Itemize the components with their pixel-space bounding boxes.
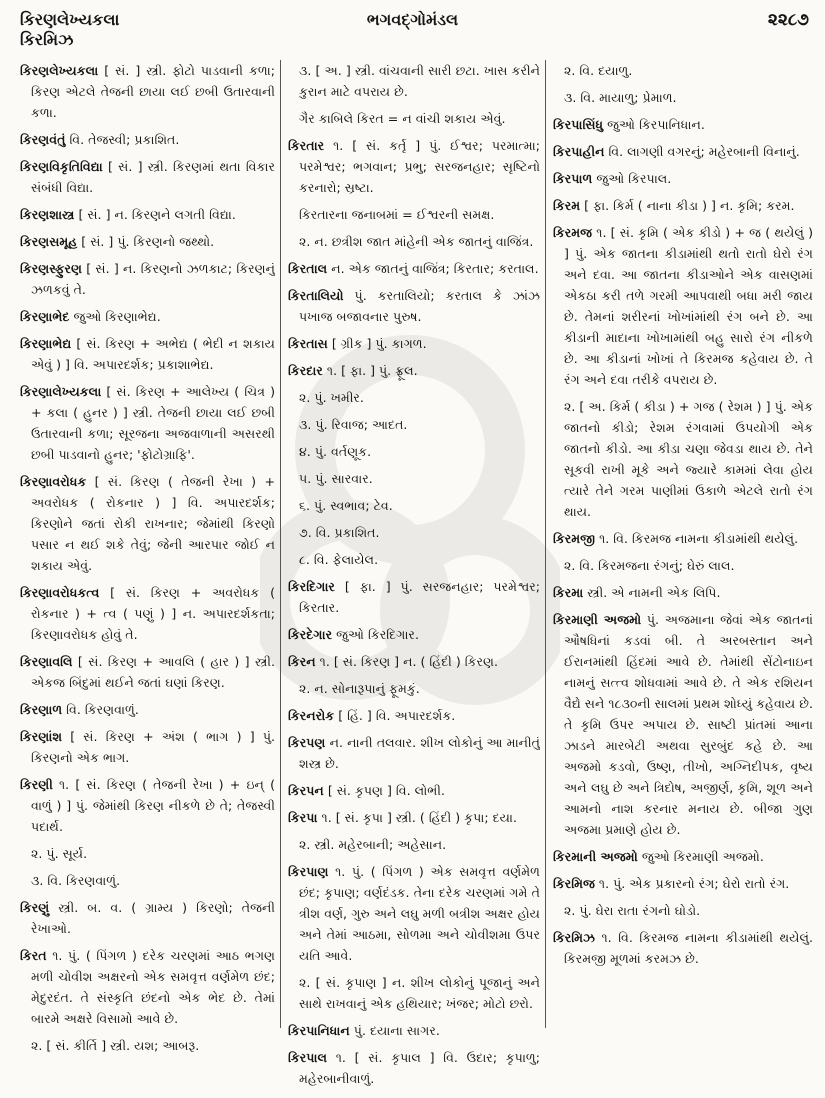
sub-sense: ૮. વિ. ફેલાયેલ. (288, 549, 540, 570)
headword: કિરનરોક (288, 708, 334, 723)
dictionary-entry: કિરપણ ન. નાની તલવાર. શીખ લોકોનું આ માનીત… (288, 732, 540, 774)
headword: કિરપાલ (288, 1050, 327, 1065)
headword: કિરપાનિધાન (288, 1023, 350, 1038)
definition: [ ગ્રીક ] પું. કાગળ. (328, 336, 427, 351)
sub-sense: ૨. ન. સોનારૂપાનું ફૂમકું. (288, 678, 540, 699)
definition: ૧. વિ. કિરમજ નામના કીડામાંથી થયેલું. (595, 531, 798, 546)
dictionary-entry: કિરણાલેખ્યકલા [ સં. કિરણ + આલેખ્ય ( ચિત્… (20, 381, 275, 465)
headword: કિરણાભેદ (20, 309, 69, 324)
definition: ૧. પું. ( પિંગળ ) દરેક ચરણમાં આઠ ભગણ મળી… (31, 948, 275, 1026)
definition: ૧. [ ફા. ] પું. ફ્રૂલ. (323, 363, 418, 378)
definition: ન. નાની તલવાર. શીખ લોકોનું આ માનીતું શસ્… (299, 735, 540, 771)
headword: કિરમજ (553, 225, 592, 240)
headword: કિરમજી (553, 531, 595, 546)
headword: કિરદેગાર (288, 627, 332, 642)
headword: કિરપાણ (288, 864, 329, 879)
dictionary-entry: કિરણાભેદ્ય [ સં. કિરણ + અભેદ્ય ( ભેદી ન … (20, 333, 275, 375)
running-title: ભગવદ્ગોમંડલ (0, 10, 825, 30)
page-number: ૨૨૮૭ (768, 10, 809, 30)
dictionary-entry: કિરણવંતું વિ. તેજસ્વી; પ્રકાશિત. (20, 129, 275, 150)
definition: સ્ત્રી. એ નામની એક લિપિ. (583, 585, 720, 600)
dictionary-entry: કિરનરોક [ હિં. ] વિ. અપારદર્શક. (288, 705, 540, 726)
headword: કિરદાર (288, 363, 323, 378)
sub-sense: કિરતારના જનાબમાં = ઈશ્વરની સમક્ષ. (288, 204, 540, 225)
headword: કિરણાવરોધક (20, 474, 86, 489)
headword: કિરપા (288, 810, 318, 825)
headword: કિરણાભેદ્ય (20, 336, 71, 351)
headword: કિરણી (20, 777, 53, 792)
headword: કિરણશાસ્ત્ર (20, 207, 74, 222)
dictionary-entry: કિરણાળ વિ. કિરણવાળું. (20, 699, 275, 720)
headword: કિરણસ્ફુરણ (20, 261, 82, 276)
dictionary-entry: કિરણાવરોધક [ સં. કિરણ ( તેજની રેખા ) + અ… (20, 471, 275, 576)
headword: કિરપાળ (553, 171, 592, 186)
sub-sense: ૨. સ્ત્રી. મહેરબાની; અહેસાન. (288, 834, 540, 855)
dictionary-entry: કિરપાલ ૧. [ સં. કૃપાલ ] વિ. ઉદાર; કૃપાળુ… (288, 1047, 540, 1089)
dictionary-entry: કિરતાર ૧. [ સં. કર્તૃ ] પું. ઈશ્વર; પરમા… (288, 135, 540, 198)
headword: કિરપણ (288, 735, 325, 750)
dictionary-entry: કિરપા ૧. [ સં. કૃપા ] સ્ત્રી. ( હિંદી ) … (288, 807, 540, 828)
sub-sense: ૨. [ સં. કીર્તિ ] સ્ત્રી. યશ; આબરૂ. (20, 1035, 275, 1056)
headword: કિરણવંતું (20, 132, 65, 147)
headword: કિરણવિકૃતિવિદ્યા (20, 159, 103, 174)
headword: કિરતાસ (288, 336, 328, 351)
headword: કિરતાલ (288, 261, 327, 276)
dictionary-entry: કિરણશાસ્ત્ર [ સં. ] ન. કિરણને લગતી વિદ્ય… (20, 204, 275, 225)
sub-sense: ૪. પું. વર્તણૂક. (288, 441, 540, 462)
sub-sense: ૨. [ અ. કિર્મ ( કીડા ) + ગજ ( રેશમ ) ] પ… (553, 396, 813, 522)
sub-sense: ૨. વિ. કિરમજના રંગનું; ઘેરું લાલ. (553, 555, 813, 576)
definition: જુઓ કિરદિગાર. (332, 627, 419, 642)
headword: કિરણલેખ્યકલા (20, 63, 98, 78)
definition: [ હિં. ] વિ. અપારદર્શક. (334, 708, 455, 723)
definition: [ સં. કૃપણ ] વિ. લોભી. (324, 783, 445, 798)
headword: કિરત (20, 948, 47, 963)
definition: ૧. [ સં. કૃપાલ ] વિ. ઉદાર; કૃપાળુ; મહેરબ… (299, 1050, 540, 1086)
definition: ૧. [ સં. કૃપા ] સ્ત્રી. ( હિંદી ) કૃપા; … (318, 810, 518, 825)
sub-sense: ૨. વિ. દયાળુ. (553, 60, 813, 81)
dictionary-entry: કિરણું સ્ત્રી. બ. વ. ( ગ્રામ્ય ) કિરણો; … (20, 897, 275, 939)
definition: ૧. [ સં. કિરણ ] ન. ( હિંદી ) કિરણ. (316, 654, 498, 669)
dictionary-entry: કિરત ૧. પું. ( પિંગળ ) દરેક ચરણમાં આઠ ભગ… (20, 945, 275, 1029)
headword: કિરણાળ (20, 702, 62, 717)
sub-sense: ૨. [ સં. કૃપાણ ] ન. શીખ લોકોનું પૂજાનું … (288, 972, 540, 1014)
dictionary-entry: કિરન ૧. [ સં. કિરણ ] ન. ( હિંદી ) કિરણ. (288, 651, 540, 672)
headword: કિરપન (288, 783, 324, 798)
dictionary-entry: કિરપાહીન વિ. લાગણી વગરનું; મહેરબાની વિના… (553, 141, 813, 162)
definition: [ સં. ] ન. કિરણને લગતી વિદ્યા. (74, 207, 235, 222)
dictionary-entry: કિરપાસિંધુ જુઓ કિરપાનિધાન. (553, 114, 813, 135)
definition: પું. દયાના સાગર. (350, 1023, 440, 1038)
headword: કિરણસમૂહ (20, 234, 77, 249)
definition: [ સં. કિરણ + અંશ ( ભાગ ) ] પું. કિરણનો એ… (31, 729, 275, 765)
dictionary-entry: કિરણાવલિ [ સં. કિરણ + આવલિ ( હાર ) ] સ્ત… (20, 651, 275, 693)
headword: કિરદિગાર (288, 579, 335, 594)
definition: ૧. પું. એક પ્રકારનો રંગ; ઘેરો રાતો રંગ. (595, 876, 789, 891)
definition: વિ. તેજસ્વી; પ્રકાશિત. (65, 132, 179, 147)
headword: કિરપાહીન (553, 144, 604, 159)
sub-sense: ૩. વિ. માયાળુ; પ્રેમાળ. (553, 87, 813, 108)
dictionary-entry: કિરણસમૂહ [ સં. ] પું. કિરણનો જથ્થો. (20, 231, 275, 252)
dictionary-entry: કિરતાલિયો પું. કરતાલિયો; કરતાલ કે ઝાંઝ પ… (288, 285, 540, 327)
definition: પું. અજમાના જેવાં એક જાતનાં ઔષધિનાં કડવા… (564, 612, 813, 837)
column-divider (545, 60, 546, 1028)
headword: કિરમિઝ (553, 930, 595, 945)
definition: ૧. [ સં. કૃમિ ( એક કીડો ) + જ ( થયેલું )… (564, 225, 813, 387)
headword: કિરણાલેખ્યકલા (20, 384, 101, 399)
column-3: ૨. વિ. દયાળુ.૩. વિ. માયાળુ; પ્રેમાળ.કિરપ… (553, 60, 813, 1090)
sub-sense: ૩. પું. રિવાજ; આદત. (288, 414, 540, 435)
dictionary-entry: કિરણી ૧. [ સં. કિરણ ( તેજની રેખા ) + ઇન્… (20, 774, 275, 837)
sub-sense: ૭. વિ. પ્રકાશિત. (288, 522, 540, 543)
dictionary-entry: કિરમાણી અજમો પું. અજમાના જેવાં એક જાતનાં… (553, 609, 813, 840)
dictionary-entry: કિરપાણ ૧. પું. ( પિંગળ ) એક સમવૃત્ત વર્ણ… (288, 861, 540, 966)
dictionary-entry: કિરમ [ ફા. કિર્મ ( નાના કીડા ) ] ન. કૃમિ… (553, 195, 813, 216)
definition: ૧. પું. ( પિંગળ ) એક સમવૃત્ત વર્ણમેળ છંદ… (299, 864, 540, 963)
sub-sense: ગૈર કાબિલે કિરત = ન વાંચી શકાય એવું. (288, 108, 540, 129)
dictionary-entry: કિરતાલ ન. એક જાતનું વાજિંત્ર; કિરતાર; કર… (288, 258, 540, 279)
dictionary-entry: કિરમિઝ ૧. વિ. કિરમજ નામના કીડામાંથી થયેલ… (553, 927, 813, 969)
sub-sense: ૨. ન. છત્રીશ જાત માંહેની એક જાતનું વાજિં… (288, 231, 540, 252)
sub-sense: ૨. પું. સૂર્ય. (20, 843, 275, 864)
definition: [ ફા. કિર્મ ( નાના કીડા ) ] ન. કૃમિ; કરમ… (580, 198, 794, 213)
guide-word-last: કિરમિઝ (20, 30, 119, 50)
definition: ૧. [ સં. કિરણ ( તેજની રેખા ) + ઇન્ ( વાળ… (31, 777, 275, 834)
sub-sense: ૩. [ અ. ] સ્ત્રી. વાંચવાની સારી છટા. ખાસ… (288, 60, 540, 102)
dictionary-entry: કિરણસ્ફુરણ [ સં. ] ન. કિરણનો ઝળકાટ; કિરણ… (20, 258, 275, 300)
sub-sense: ૨. પું. ઘેરા રાતા રંગનો ઘોડો. (553, 900, 813, 921)
definition: વિ. કિરણવાળું. (62, 702, 139, 717)
dictionary-entry: કિરદિગાર [ ફા. ] પું. સરજનહાર; પરમેશ્વર;… (288, 576, 540, 618)
dictionary-entry: કિરમા સ્ત્રી. એ નામની એક લિપિ. (553, 582, 813, 603)
definition: ૧. વિ. કિરમજ નામના કીડામાંથી થયેલું. કિર… (564, 930, 813, 966)
sub-sense: ૬. પું. સ્વભાવ; ટેવ. (288, 495, 540, 516)
headword: કિરમા (553, 585, 583, 600)
definition: [ ફા. ] પું. સરજનહાર; પરમેશ્વર; કિરતાર. (299, 579, 540, 615)
headword: કિરન (288, 654, 316, 669)
definition: જુઓ કિરમાણી અજમો. (638, 849, 764, 864)
column-divider (280, 60, 281, 1028)
headword: કિરણાવરોધકત્વ (20, 585, 99, 600)
dictionary-entry: કિરણલેખ્યકલા [ સં. ] સ્ત્રી. ફોટો પાડવાન… (20, 60, 275, 123)
page-header: કિરણલેખ્યકલા કિરમિઝ ભગવદ્ગોમંડલ ૨૨૮૭ (0, 8, 825, 58)
dictionary-entry: કિરમજી ૧. વિ. કિરમજ નામના કીડામાંથી થયેલ… (553, 528, 813, 549)
dictionary-entry: કિરમિજ ૧. પું. એક પ્રકારનો રંગ; ઘેરો રાત… (553, 873, 813, 894)
headword: કિરમ (553, 198, 580, 213)
definition: ૧. [ સં. કર્તૃ ] પું. ઈશ્વર; પરમાત્મા; પ… (299, 138, 540, 195)
definition: સ્ત્રી. બ. વ. ( ગ્રામ્ય ) કિરણો; તેજની ર… (31, 900, 275, 936)
dictionary-entry: કિરણાંશ [ સં. કિરણ + અંશ ( ભાગ ) ] પું. … (20, 726, 275, 768)
definition: [ સં. ] પું. કિરણનો જથ્થો. (77, 234, 214, 249)
dictionary-entry: કિરપાળ જુઓ કિરપાલ. (553, 168, 813, 189)
sub-sense: ૫. પું. સારવાર. (288, 468, 540, 489)
dictionary-entry: કિરતાસ [ ગ્રીક ] પું. કાગળ. (288, 333, 540, 354)
definition: જુઓ કિરપાનિધાન. (603, 117, 705, 132)
dictionary-entry: કિરપાનિધાન પું. દયાના સાગર. (288, 1020, 540, 1041)
dictionary-entry: કિરમાની અજમો જુઓ કિરમાણી અજમો. (553, 846, 813, 867)
dictionary-entry: કિરપન [ સં. કૃપણ ] વિ. લોભી. (288, 780, 540, 801)
headword: કિરતાર (288, 138, 324, 153)
headword: કિરમાની અજમો (553, 849, 638, 864)
dictionary-entry: કિરદાર ૧. [ ફા. ] પું. ફ્રૂલ. (288, 360, 540, 381)
headword: કિરણું (20, 900, 49, 915)
headword: કિરતાલિયો (288, 288, 344, 303)
headword: કિરણાંશ (20, 729, 62, 744)
dictionary-entry: કિરદેગાર જુઓ કિરદિગાર. (288, 624, 540, 645)
column-1: કિરણલેખ્યકલા [ સં. ] સ્ત્રી. ફોટો પાડવાન… (20, 60, 275, 1090)
definition: જુઓ કિરપાલ. (592, 171, 671, 186)
dictionary-entry: કિરણવિકૃતિવિદ્યા [ સં. ] સ્ત્રી. કિરણમાં… (20, 156, 275, 198)
definition: ન. એક જાતનું વાજિંત્ર; કિરતાર; કરતાલ. (327, 261, 538, 276)
headword: કિરપાસિંધુ (553, 117, 603, 132)
headword: કિરમાણી અજમો (553, 612, 641, 627)
sub-sense: ૨. પું. ખમીર. (288, 387, 540, 408)
definition: જુઓ કિરણાભેદ્ય. (69, 309, 160, 324)
definition: વિ. લાગણી વગરનું; મહેરબાની વિનાનું. (604, 144, 799, 159)
headword: કિરણાવલિ (20, 654, 73, 669)
dictionary-entry: કિરમજ ૧. [ સં. કૃમિ ( એક કીડો ) + જ ( થય… (553, 222, 813, 390)
dictionary-entry: કિરણાભેદ જુઓ કિરણાભેદ્ય. (20, 306, 275, 327)
column-2: ૩. [ અ. ] સ્ત્રી. વાંચવાની સારી છટા. ખાસ… (288, 60, 540, 1090)
dictionary-entry: કિરણાવરોધકત્વ [ સં. કિરણ + અવરોધક ( રોકન… (20, 582, 275, 645)
headword: કિરમિજ (553, 876, 595, 891)
sub-sense: ૩. વિ. કિરણવાળું. (20, 870, 275, 891)
